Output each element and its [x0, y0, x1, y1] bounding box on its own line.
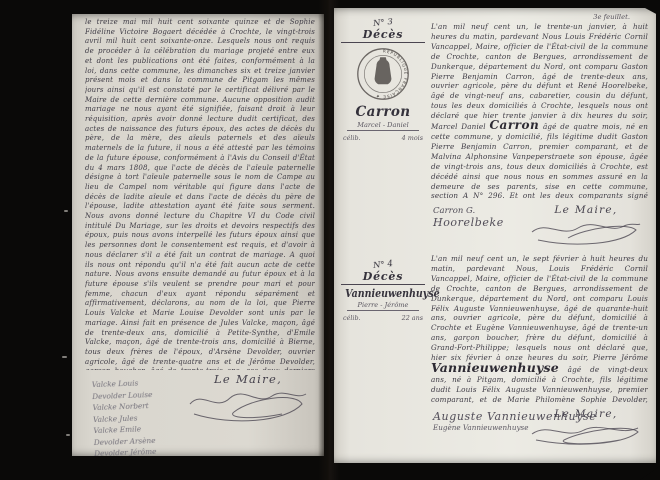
act1-mayor-block: Le Maire, — [526, 204, 646, 248]
act2-margin: N° 4 Décès Vannieuwenhuyse Pierre - Jérô… — [339, 260, 427, 322]
act1-witness-2: Hoorelbeke — [433, 216, 504, 229]
page-edge-speck — [66, 434, 70, 436]
left-page-signature-row: Valcke Louis Devolder Louise Valcke Norb… — [85, 372, 317, 454]
act1-deceased-firstnames: Marcel - Daniel — [347, 121, 419, 131]
act2-deceased-name: Vannieuwenhuyse — [345, 287, 421, 300]
act1-deceased-name: Carron — [339, 104, 427, 120]
act1-text: L'an mil neuf cent un, le trente-un janv… — [431, 22, 648, 202]
left-page: le treize mai mil huit cent soixante qui… — [72, 14, 324, 456]
act1-body: L'an mil neuf cent un, le trente-un janv… — [431, 22, 648, 250]
act2-type: Décès — [341, 270, 425, 285]
mayor-signature-flourish — [186, 388, 310, 428]
act1-signature-row: Carron G. Hoorelbeke Le Maire, — [431, 204, 648, 250]
act1-witness-signatures: Carron G. Hoorelbeke — [433, 206, 504, 229]
page-edge-speck — [62, 356, 67, 358]
marriage-act-text: le treize mai mil huit cent soixante qui… — [85, 18, 315, 370]
act1-type: Décès — [341, 28, 425, 43]
act1-status: célib. — [343, 134, 361, 142]
register-scan: le treize mai mil huit cent soixante qui… — [0, 0, 660, 480]
act2-mayor-block: Le Maire, — [526, 408, 646, 450]
dark-corner-bottom-right — [640, 466, 660, 480]
act2-status: célib. — [343, 314, 361, 322]
act2-body: L'an mil neuf cent un, le sept février à… — [431, 254, 648, 454]
act1-margin: N° 3 Décès RÉPUBLIQUE FRANÇAISE ★ Carron… — [339, 18, 427, 142]
witness-signatures: Valcke Louis Devolder Louise Valcke Norb… — [92, 377, 157, 456]
republique-francaise-seal-icon: RÉPUBLIQUE FRANÇAISE ★ — [355, 46, 411, 102]
act2-signature-row: Auguste Vannieuwenhuyse Eugène Vannieuwe… — [431, 408, 648, 454]
act2-age: 22 ans — [402, 314, 423, 322]
mayor-block: Le Maire, — [183, 372, 313, 428]
act1-mayor-signature-flourish — [528, 218, 644, 248]
act2-text-before: L'an mil neuf cent un, le sept février à… — [431, 254, 648, 362]
act1-text-after: âgé de quatre mois, né en cette commune,… — [431, 122, 648, 202]
act1-display-name: Carron — [490, 118, 540, 132]
folio-number: 3e feuillet. — [593, 13, 630, 21]
act2-display-name: Vannieuwenhuyse — [431, 360, 559, 375]
act2-deceased-firstnames: Pierre - Jérôme — [347, 301, 419, 311]
act1-mayor-label: Le Maire, — [526, 204, 646, 216]
page-edge-speck — [64, 210, 68, 212]
act2-text: L'an mil neuf cent un, le sept février à… — [431, 254, 648, 406]
act1-witness-1: Carron G. — [433, 206, 504, 216]
act2-mayor-label: Le Maire, — [526, 408, 646, 420]
mayor-label: Le Maire, — [183, 372, 313, 386]
right-page: 3e feuillet. N° 3 Décès RÉPUBLIQUE FRANÇ… — [334, 8, 656, 463]
act2-mayor-signature-flourish — [528, 422, 644, 450]
act1-text-before: L'an mil neuf cent un, le trente-un janv… — [431, 22, 648, 131]
act1-age: 4 mois — [402, 134, 423, 142]
